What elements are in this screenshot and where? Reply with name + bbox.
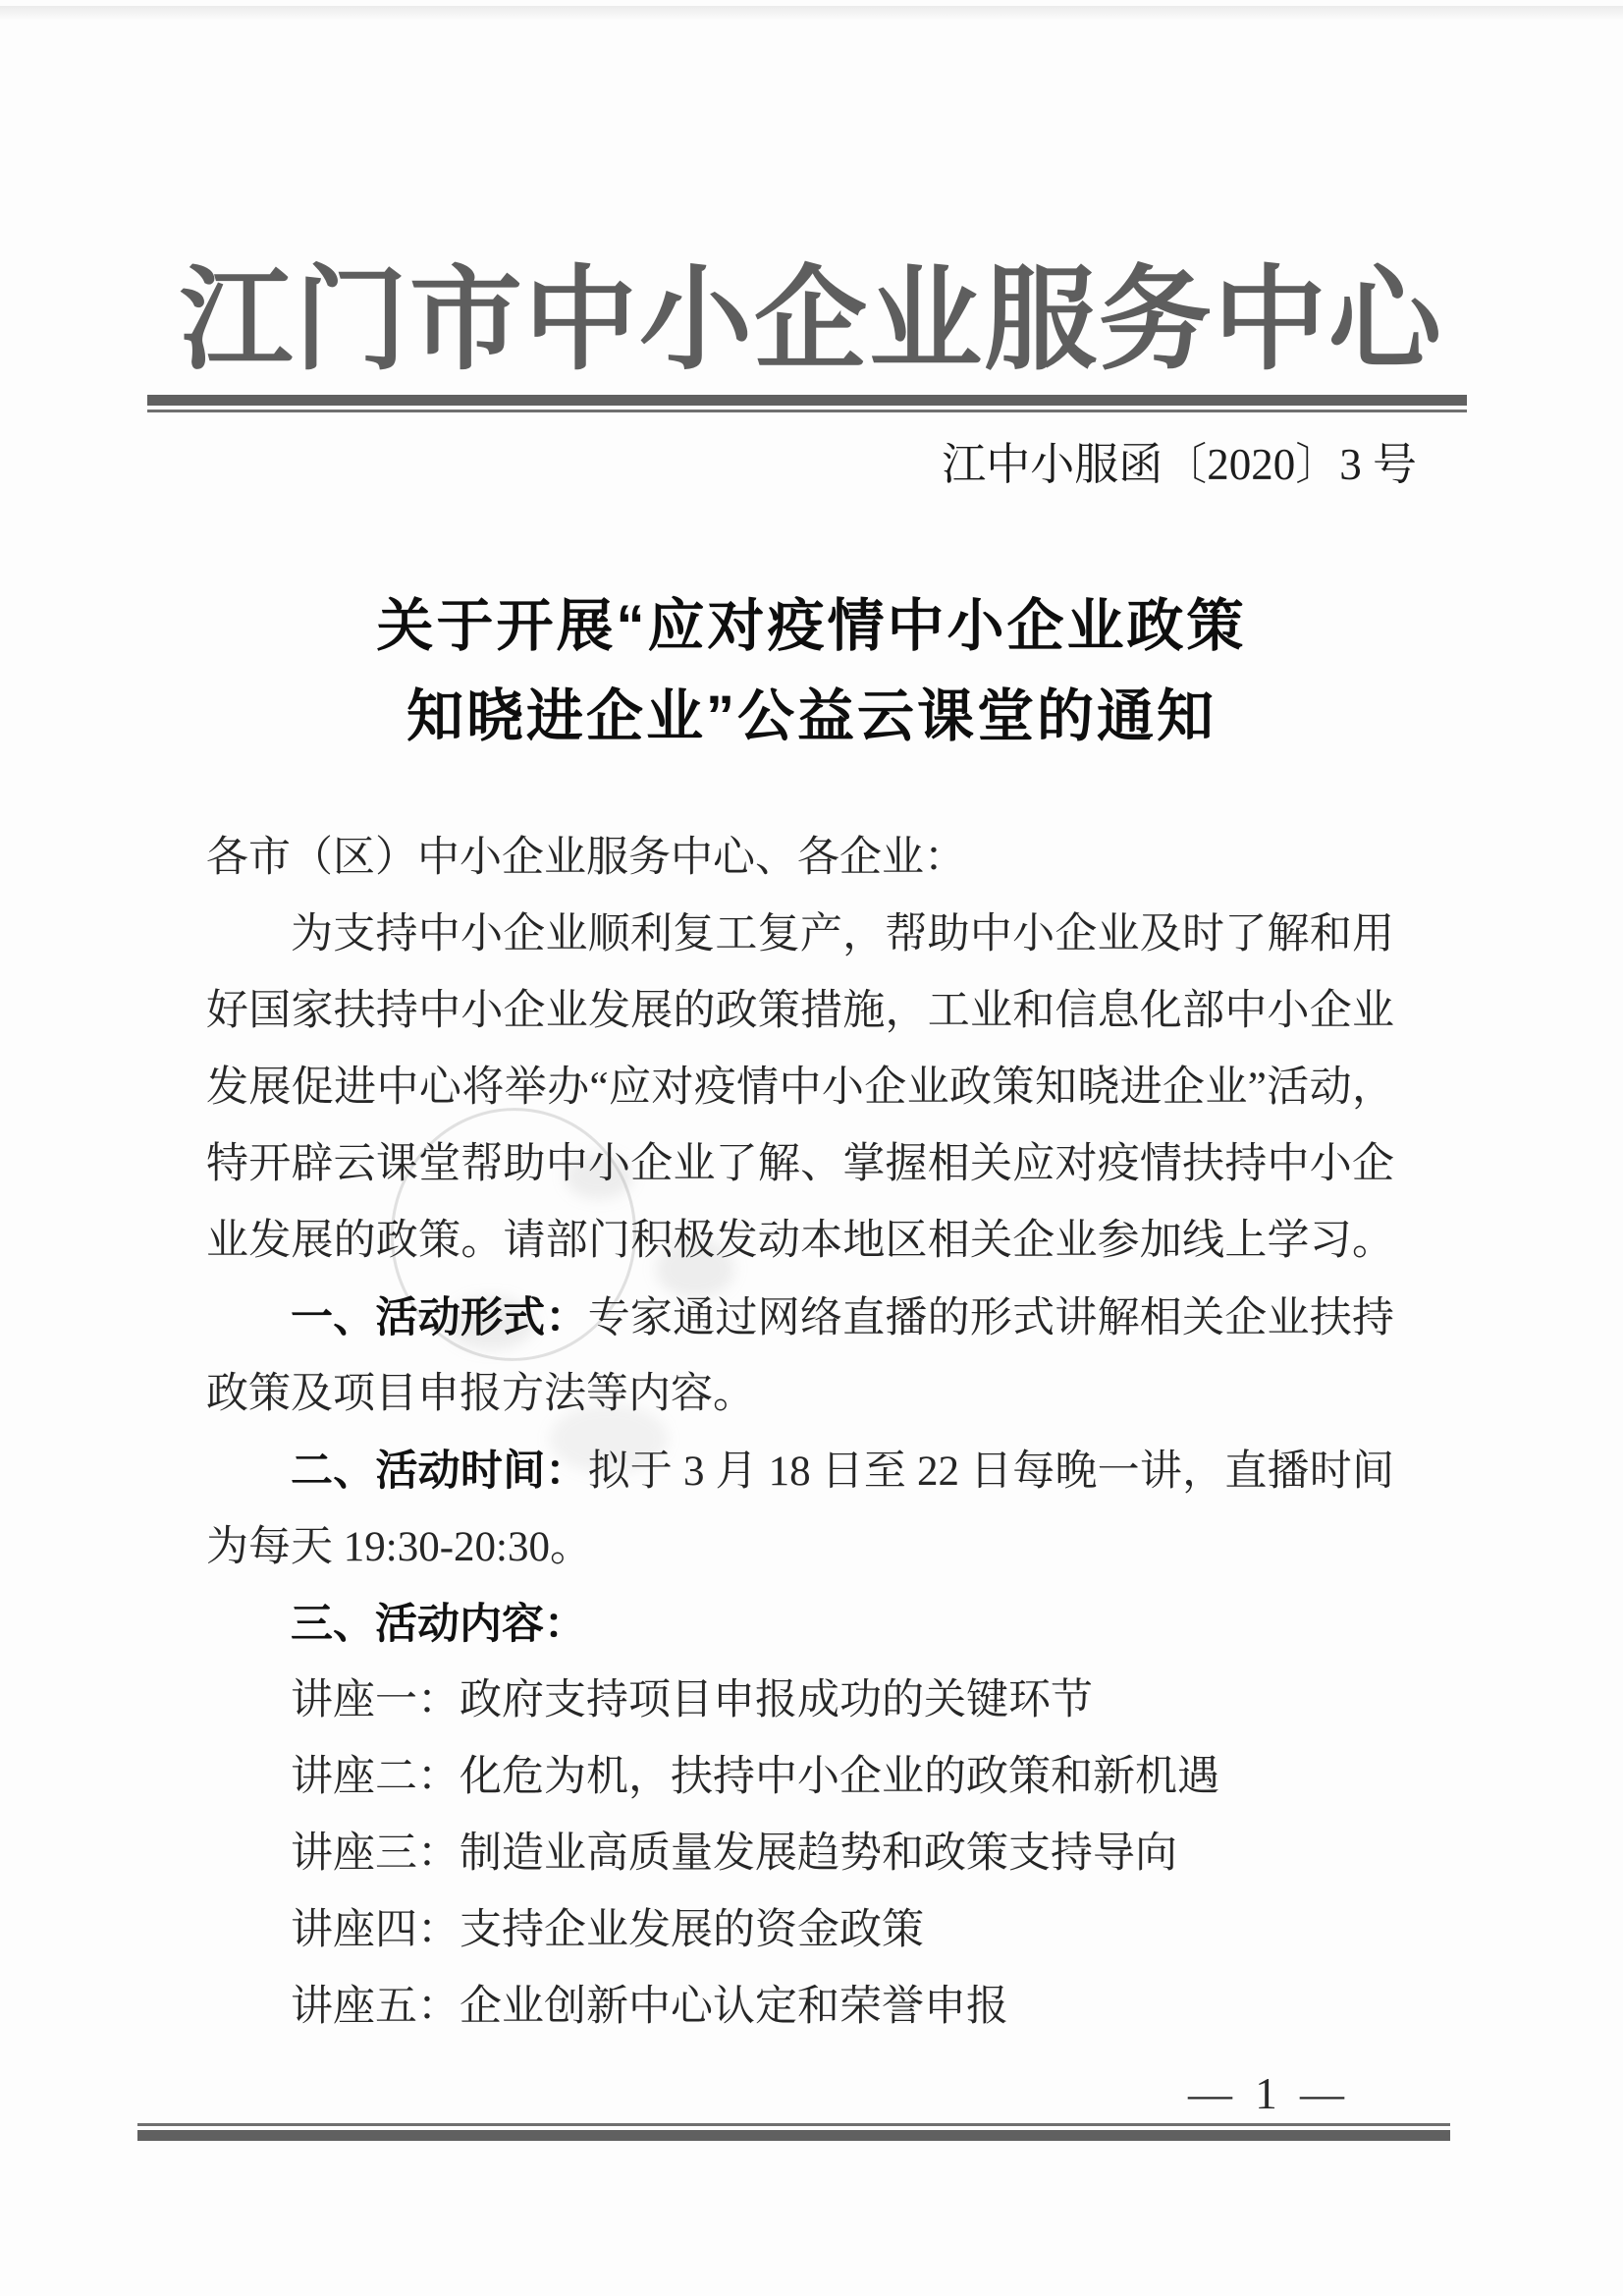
body-line: 讲座四：支持企业发展的资金政策 [206, 1892, 1394, 1969]
body-line: 一、活动形式：专家通过网络直播的形式讲解相关企业扶持 [206, 1280, 1394, 1356]
body-line: 发展促进中心将举办“应对疫情中小企业政策知晓进企业”活动， [206, 1050, 1394, 1126]
scan-artifact-top-edge [0, 6, 1623, 20]
body-line: 三、活动内容： [206, 1586, 1394, 1663]
letterhead-rule-thick [147, 395, 1467, 406]
letterhead-rule-thin [147, 410, 1467, 412]
body-line-bold-heading: 一、活动形式： [291, 1294, 588, 1341]
body-line: 政策及项目申报方法等内容。 [206, 1356, 1394, 1433]
body-line-bold-heading: 二、活动时间： [291, 1448, 588, 1495]
document-reference-number: 江中小服函〔2020〕3 号 [942, 439, 1417, 490]
document-title: 关于开展“应对疫情中小企业政策 知晓进企业”公益云课堂的通知 [0, 581, 1623, 762]
body-line: 二、活动时间：拟于 3 月 18 日至 22 日每晚一讲，直播时间 [206, 1433, 1394, 1509]
footer-rule-thick [137, 2130, 1450, 2141]
body-text: 各市（区）中小企业服务中心、各企业：为支持中小企业顺利复工复产，帮助中小企业及时… [206, 820, 1394, 2046]
footer-rule-thin [137, 2123, 1450, 2126]
document-title-line1: 关于开展“应对疫情中小企业政策 [0, 581, 1623, 672]
body-line: 为支持中小企业顺利复工复产，帮助中小企业及时了解和用 [206, 897, 1394, 973]
document-title-line2: 知晓进企业”公益云课堂的通知 [0, 672, 1623, 762]
page-number: — 1 — [1188, 2068, 1350, 2119]
body-line: 讲座三：制造业高质量发展趋势和政策支持导向 [206, 1816, 1394, 1892]
body-line: 讲座一：政府支持项目申报成功的关键环节 [206, 1663, 1394, 1739]
body-line: 讲座五：企业创新中心认定和荣誉申报 [206, 1969, 1394, 2046]
body-line-bold-heading: 三、活动内容： [291, 1601, 586, 1648]
body-line: 各市（区）中小企业服务中心、各企业： [206, 820, 1394, 897]
body-line: 好国家扶持中小企业发展的政策措施，工业和信息化部中小企业 [206, 973, 1394, 1050]
body-line: 讲座二：化危为机，扶持中小企业的政策和新机遇 [206, 1739, 1394, 1816]
letterhead-org-name: 江门市中小企业服务中心 [0, 247, 1623, 395]
document-page: 江门市中小企业服务中心 江中小服函〔2020〕3 号 关于开展“应对疫情中小企业… [0, 0, 1623, 2296]
body-line: 特开辟云课堂帮助中小企业了解、掌握相关应对疫情扶持中小企 [206, 1126, 1394, 1203]
body-line: 业发展的政策。请部门积极发动本地区相关企业参加线上学习。 [206, 1203, 1394, 1280]
body-line: 为每天 19:30-20:30。 [206, 1509, 1394, 1586]
